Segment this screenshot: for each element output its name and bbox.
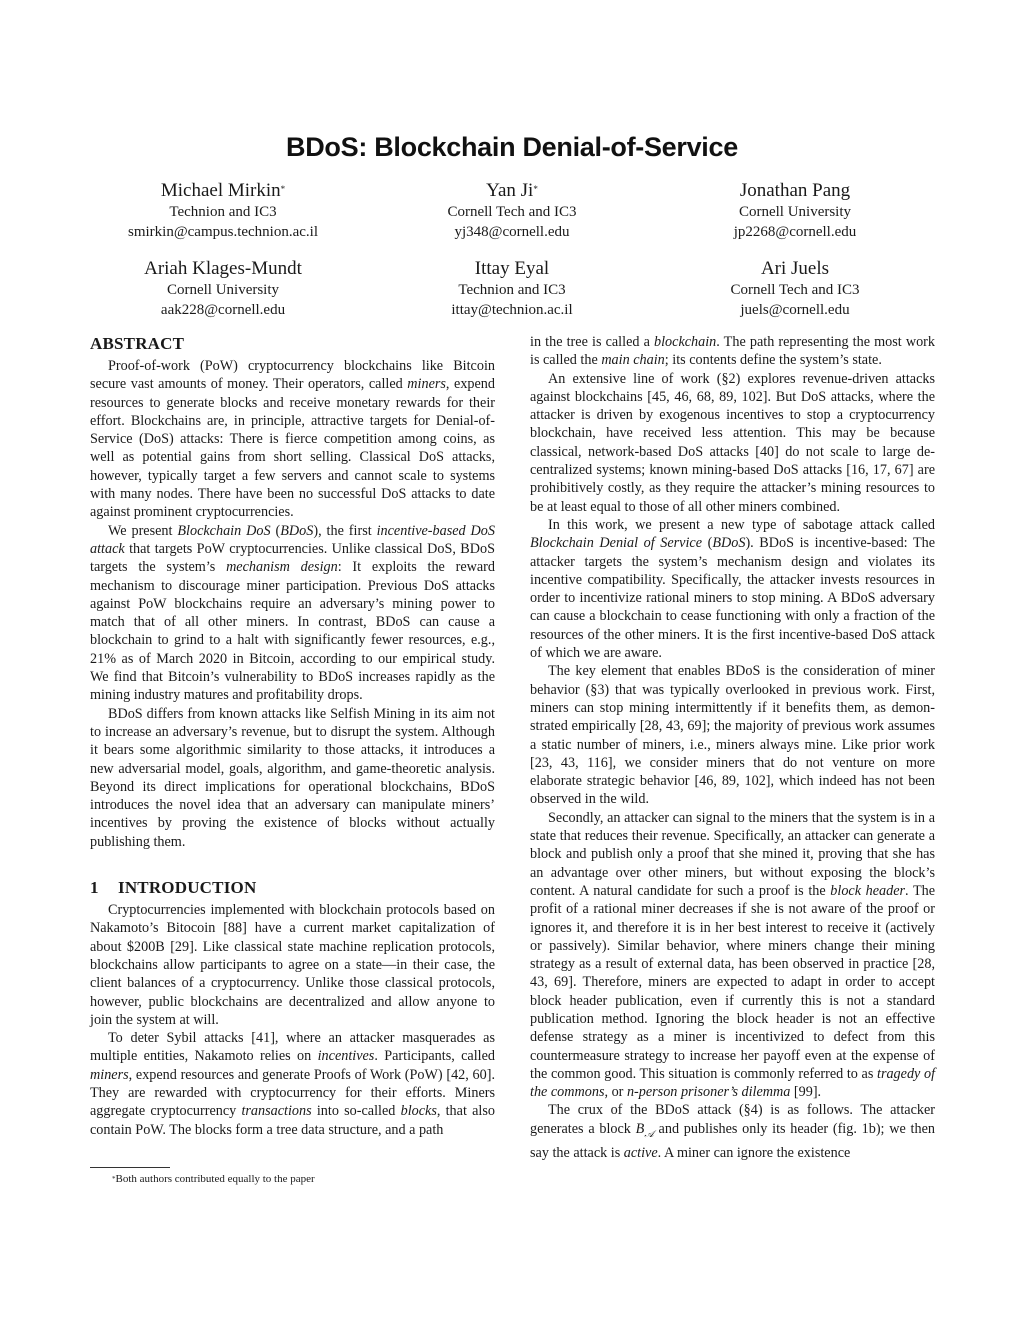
abstract-paragraph: Proof-of-work (PoW) cryptocurrency block… bbox=[90, 357, 495, 522]
author-affiliation: Technion and IC3 bbox=[371, 280, 653, 300]
author-name: Ittay Eyal bbox=[371, 258, 653, 280]
math-symbol: B𝒜 bbox=[636, 1121, 654, 1137]
author: Yan Ji* Cornell Tech and IC3 yj348@corne… bbox=[371, 180, 653, 242]
footnote: *Both authors contributed equally to the… bbox=[112, 1172, 315, 1186]
author: Michael Mirkin* Technion and IC3 smirkin… bbox=[82, 180, 364, 242]
author-name: Ariah Klages-Mundt bbox=[82, 258, 364, 280]
author: Ittay Eyal Technion and IC3 ittay@techni… bbox=[371, 258, 653, 320]
body-paragraph: An extensive line of work (§2) explores … bbox=[530, 370, 935, 516]
body-paragraph: Secondly, an attacker can signal to the … bbox=[530, 809, 935, 1102]
author-email: ittay@technion.ac.il bbox=[371, 300, 653, 320]
body-paragraph: The key element that enables BDoS is the… bbox=[530, 662, 935, 808]
author-name: Ari Juels bbox=[654, 258, 936, 280]
equal-contribution-mark: * bbox=[533, 184, 538, 194]
author-affiliation: Technion and IC3 bbox=[82, 202, 364, 222]
equal-contribution-mark: * bbox=[281, 184, 286, 194]
body-paragraph: Cryptocurrencies implemented with blockc… bbox=[90, 901, 495, 1029]
body-paragraph: In this work, we present a new type of s… bbox=[530, 516, 935, 662]
abstract-paragraph: We present Blockchain DoS (BDoS), the fi… bbox=[90, 522, 495, 705]
author-name: Michael Mirkin bbox=[161, 180, 281, 201]
author: Ariah Klages-Mundt Cornell University aa… bbox=[82, 258, 364, 320]
author-name: Jonathan Pang bbox=[740, 180, 850, 201]
paper-title: BDoS: Blockchain Denial-of-Service bbox=[0, 132, 1024, 163]
right-column: in the tree is called a blockchain. The … bbox=[530, 333, 935, 1162]
author-affiliation: Cornell Tech and IC3 bbox=[371, 202, 653, 222]
author: Jonathan Pang Cornell University jp2268@… bbox=[654, 180, 936, 242]
author-email: yj348@cornell.edu bbox=[371, 222, 653, 242]
footnote-text: Both authors contributed equally to the … bbox=[116, 1173, 315, 1185]
section-number: 1 bbox=[90, 877, 118, 899]
body-paragraph-continued: in the tree is called a blockchain. The … bbox=[530, 333, 935, 370]
author-affiliation: Cornell University bbox=[82, 280, 364, 300]
footnote-rule bbox=[90, 1167, 170, 1168]
author-email: juels@cornell.edu bbox=[654, 300, 936, 320]
author-affiliation: Cornell Tech and IC3 bbox=[654, 280, 936, 300]
author: Ari Juels Cornell Tech and IC3 juels@cor… bbox=[654, 258, 936, 320]
abstract-paragraph: BDoS differs from known attacks like Sel… bbox=[90, 705, 495, 851]
author-email: smirkin@campus.technion.ac.il bbox=[82, 222, 364, 242]
left-column: ABSTRACT Proof-of-work (PoW) cryptocurre… bbox=[90, 333, 495, 1139]
author-email: aak228@cornell.edu bbox=[82, 300, 364, 320]
body-paragraph: The crux of the BDoS attack (§4) is as f… bbox=[530, 1101, 935, 1162]
abstract-heading: ABSTRACT bbox=[90, 333, 495, 355]
introduction-heading: 1INTRODUCTION bbox=[90, 877, 495, 899]
author-email: jp2268@cornell.edu bbox=[654, 222, 936, 242]
author-name: Yan Ji bbox=[486, 180, 533, 201]
author-affiliation: Cornell University bbox=[654, 202, 936, 222]
section-title: INTRODUCTION bbox=[118, 878, 256, 897]
body-paragraph: To deter Sybil attacks [41], where an at… bbox=[90, 1029, 495, 1139]
